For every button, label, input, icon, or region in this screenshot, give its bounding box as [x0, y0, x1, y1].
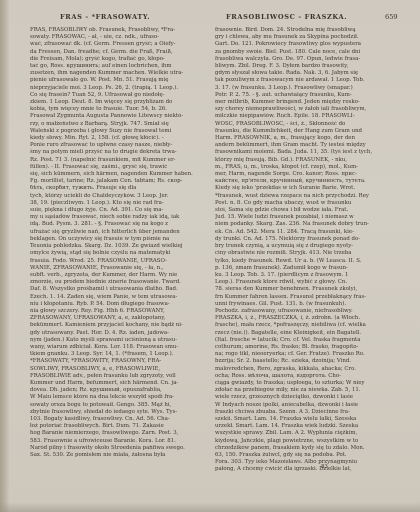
text-line: WOSC, FRASOBLIWOSC, - ści, ż., Skłonność… [215, 121, 387, 128]
text-line: Post. n. 8. Co gdy macha ubaczy, wust w … [215, 200, 387, 207]
text-line: Potr. P. 2. 75. - §. aut. uchawiaiący fr… [215, 92, 387, 99]
text-line: milczkie niepipawiów. Ruch. Epile. 18. F… [215, 113, 387, 120]
text-line: frasunku, die Kummlichkeit, der Hang zum… [215, 128, 387, 135]
text-line: pienie ufrasowało go. W. Post. Mn. 51. F… [30, 77, 202, 84]
text-line: gdym słyszał słowa takie. Rada. Nak. 3, … [215, 70, 387, 77]
text-line: 103. Bogaty kasidliwy, frasowliwy. Cn. A… [30, 416, 202, 423]
text-line: p. 136, zmam frasunek). Zadumił kogo w f… [215, 265, 387, 272]
text-line: (Ital. fresche = latucik; Cro. cf. Vel. … [215, 337, 387, 344]
text-line: tkiem gnanku. 3 Leop. Syr. 14, 1. (*fras… [30, 351, 202, 358]
text-line: bzzrija; Sr. 2. baastello; Rc. szieka, d… [215, 358, 387, 365]
text-line: szekii. Smart. Lam. 14. Fraszka wielu la… [215, 416, 387, 423]
text-line: ciąga gwiazdy, to fraszka; uspłoega, to … [215, 380, 387, 387]
text-line: hog Baranie niemierzego, frasowliwego. Z… [30, 430, 202, 437]
text-line: mer, Harm, nagende Sorge. Cro. kanor; Ro… [215, 171, 387, 178]
text-line: sowaty orsza bogu to potowaił. Gengo. 38… [30, 402, 202, 409]
text-line: 63, 150. Fraszka żulwcl, gdy się na podo… [215, 452, 387, 459]
text-line: na; rogo tikl, nieoeryerka; cf. Ger. Fra… [215, 351, 387, 358]
text-line: ocha; Ross. мѣлоча, шалота, вздоргота. C… [215, 373, 387, 380]
text-line: 78. sieras den Kummer benehmen. Frasunek… [215, 286, 387, 293]
text-line: 3. 17. (w frasunku. 3 Leop.). Frasowliwy… [215, 85, 387, 92]
text-line: *frasunek, wust dziewa rzepace na nich p… [215, 193, 387, 200]
text-line: Fg. morillist, tarine; Rz. jalakam Cen. … [30, 178, 202, 185]
text-line: ku. 3 Leop. Tob. 3. 17. (pierdlicym z fr… [215, 272, 387, 279]
text-line: Fora. 303. Tyy ieko Mazoisławs. Albo prz… [215, 459, 387, 466]
text-line: ufrażać się gryzliwie nań, ich hitterlic… [30, 229, 202, 236]
printer-signature: 83 [321, 464, 328, 470]
text-line: frasobliwa walczyła. Gro. De. 97. Opun, … [215, 56, 387, 63]
text-line: Ponie ruro zfrasować to upłwne czasy nas… [30, 142, 202, 149]
text-line: nieprzyjaciele moi. 3 Leop. Ps. 26, 2. (… [30, 85, 202, 92]
text-line: zkiem. 1 Leop. Deut. 8. Im więcey się pr… [30, 99, 202, 106]
text-line: gry i chlewa, aby mu frasunek za Skypina… [215, 34, 387, 41]
text-line: da Fressen, Dan. freadhe; cf. Germ. die … [30, 49, 202, 56]
text-line: *FRASOWATY, *FRASOWITY, FRASOWNY, FRA- [30, 358, 202, 365]
text-line: andern bekümmert, ihm Gram macht. Ty ies… [215, 142, 387, 149]
page-number: 659 [385, 13, 398, 21]
text-line: füllen). - II. Frasować się, zaśmi., gry… [30, 164, 202, 171]
page-edge-shadow [0, 502, 420, 512]
text-line: malovredchen, Rero, zgraska, kikkala, ah… [215, 366, 387, 373]
text-line: frasuia. Fodo. Wrod. 25. FRASOWANIE, UFR… [30, 258, 202, 265]
text-line: niem podanky. Skarg. Zas. 236. Na frasun… [215, 221, 387, 228]
text-line: Rz. Post. 71 3. (napełnić frasunkiem, mi… [30, 157, 202, 164]
text-line: Daf. 8. Wszystko prośbamil i utrasowania… [30, 286, 202, 293]
text-line: FRASOBLIWIE adv., pełen frasunku lub zgr… [30, 373, 202, 380]
text-line: tylko, kiedy frasunek. Rewd. Ur a. b. (W… [215, 258, 387, 265]
text-line: бѣть, скорбит, тужить. Frasuje się dla [30, 185, 202, 192]
text-line: W Maiu lemsce które na dna lekcie wszyłd… [30, 394, 202, 401]
text-line: frasownie. Bird. Dom. 24. Strodelna mię … [215, 27, 387, 34]
text-line: m., FRAS, u, m., troska, kłopot (cf. rze… [215, 164, 387, 171]
text-line: się, sich kümmern, sich härmen, nagenden… [30, 171, 202, 178]
scanned-page: FRAS - *FRASOWATY. FRASOBLIWOSC - FRASZK… [0, 0, 420, 512]
running-head-right: FRASOBLIWOSC - FRASZKA. [226, 13, 347, 21]
text-line: mer mitbrib, Kummer bringend. Jeden międ… [215, 99, 387, 106]
text-line: tać go, Ross. крушинить; auf einen locbr… [30, 63, 202, 70]
binding-gutter [0, 0, 9, 512]
text-line: cothurum; amorine, Rs. frasko; Bl. frask… [215, 344, 387, 351]
text-line: W Indyach nosze ipolki, aniecabelka, dzw… [215, 402, 387, 409]
text-line: suie, piękna i długo żyje. Cn. Ad. 391. … [30, 207, 202, 214]
text-line: WANIE, ZFRASOWANIE, Frasowanie się, - ła… [30, 265, 202, 272]
text-line: Co się frasein? Tuan 52, 9. Ufrasował go… [30, 92, 202, 99]
text-line: bliwym. Zbil. Dreg. F. 3. Dyłem bardzo f… [215, 63, 387, 70]
text-line: 583. Frasownie a ufrowiceuse Baranie. Ko… [30, 438, 202, 445]
text-line: кайстне, пр'ятели, кручинный, кручинност… [215, 178, 387, 185]
text-line: Ezech. 1. 14. Żaden się, wiem Panie, w t… [30, 294, 202, 301]
text-line: Gart. Do. 121. Pokrowiecy frasowliwy glo… [215, 41, 387, 48]
running-head-left: FRAS - *FRASOWATY. [60, 13, 150, 21]
text-line: ZFRASOWANY, UFRASOWANY, a, e, zakłopotan… [30, 315, 202, 322]
text-line: nia głowy szczery. Rey. Fig. Hhh 6. FRAS… [30, 308, 202, 315]
text-line: Leop.). Frasunek ktore rdwił, wybić z gł… [215, 279, 387, 286]
text-line: dy trunki. Cn. Ad. 175. Niektórzy frasun… [215, 236, 387, 243]
text-line: kobia, tym więcey mnie to frasuie. Tuor.… [30, 106, 202, 113]
text-line: śmy na potym mieli przyść na to drugie d… [30, 149, 202, 156]
text-line: kiydową, Jańczkie, plagi powietrzne, wsz… [215, 438, 387, 445]
text-line: Waleński z pogrzeba i głowy Suzy nie fra… [30, 128, 202, 135]
text-line: gdy utrasowany. Past. Hor. D. 4. Rz. iad… [30, 330, 202, 337]
text-line: którzy mię frasują. Bib. Gd.). FRASUNEK,… [215, 157, 387, 164]
text-line: dovea. Dh. jaden; Rz. крушиный, opuszafr… [30, 387, 202, 394]
text-line: SOWLIWY, FRASOBLIWY, a, e, FRASOWLIWIE, [30, 366, 202, 373]
text-line: beklagen. On uczywicy się frasuie w tym … [30, 236, 202, 243]
text-line: ciny obrastwie nie rozmiłi. Stryjk. 413.… [215, 250, 387, 257]
text-line: bekümmert. Kamieniem przyjaciel kochany,… [30, 322, 202, 329]
text-line: zbytnie frasowliwy, shiedał do iedaego s… [30, 409, 202, 416]
text-line: zmorzie, ou prodem biednie zinerie fraso… [30, 279, 202, 286]
text-line: pałong, A chcemy ćwicić dla igrzaski. Dz… [215, 466, 387, 473]
text-line: rzecz (nie.)). Bagatelle, eine Kleinigke… [215, 330, 387, 337]
text-line: Kiedy się ieko 'przekdas w ich Suranie B… [215, 185, 387, 192]
text-line: tych, którzy uciekli do Chaldeyczyków. 3… [30, 193, 202, 200]
text-line: fraszki chciwa zbuaba. Szenn. A 3. Dziec… [215, 409, 387, 416]
text-line: omylce żywią, stąd się bolnie czyślu na … [30, 250, 202, 257]
left-column: FRAS, FRASOBLIWY ob. Frasunek, Frasobliw… [30, 27, 202, 459]
text-line: Kummer und Harm, befummert, sich härmend… [30, 380, 202, 387]
text-line: bry trunek czynią, a ucymuią się z drugi… [215, 243, 387, 250]
text-line: rzy, o małżeństwo z Barbarą. Stryjk. 747… [30, 121, 202, 128]
text-line: nym (jaden.) Kato myśli sprawami uciśnio… [30, 337, 202, 344]
text-line: urzekł. Smart. Lam. 14. Fraszka wiek lud… [215, 423, 387, 430]
text-line: unni frywinaes. Gil. Pust. 131. b. (w fr… [215, 301, 387, 308]
text-line: łoż potoriać frasobliwych. Birt. Dum. 71… [30, 423, 202, 430]
text-line: ek. Cn. Ad. 542. Mera 11. 284. Tracą fra… [215, 229, 387, 236]
text-line: FRAS, FRASOBLIWY ob. Frasunek, Frasobliw… [30, 27, 202, 34]
text-line: FRASZKA, i, ż., FRASZECZKA, i, ż. zdrobn… [215, 315, 387, 322]
text-line: wany, wiarum zdbiciał. Kora. Lor. 118. F… [30, 344, 202, 351]
text-line: Frasował Zygmunta Augusta Pannowie Litew… [30, 113, 202, 120]
text-line: wiele rzecz, grzesznych dzieciątko, dzwo… [215, 394, 387, 401]
text-line: my u sąsiadów frasować, niech sobie radz… [30, 214, 202, 221]
text-line: sowaty. FRASOWAC, - ał, - uie, cz. ndk.,… [30, 34, 202, 41]
text-line: tak pozuliwym z frasowacym nie ardawał. … [215, 77, 387, 84]
text-line: zusetzen, ihm nagenden Kummer machen. Wi… [30, 70, 202, 77]
text-line: frasownikami moiemi. Bada. Juda. 11, 35.… [215, 149, 387, 156]
text-line: stoi, Sama się gdzie chowa i bił wodze i… [215, 207, 387, 214]
text-line: frasche), mała rzecz, *pofraszęczy, nieb… [215, 322, 387, 329]
text-line: chrzedzików panem, frasakiem kydy się tu… [215, 445, 387, 452]
text-line: Sax. St. 530. Ze pomisłem nie miała, żał… [30, 452, 202, 459]
text-line: szy chorey niemoprawliwości, w żałob ial… [215, 106, 387, 113]
text-line: kiedy słowy. Min. Ryt. 2, 158. (cf. głow… [30, 135, 202, 142]
text-line: Harm. FRASOWNIK, a, m., frasujący kogo, … [215, 135, 387, 142]
text-line: wać, zfrasować dk. (cf. Germ. Fressen gr… [30, 41, 202, 48]
text-line: zdołać na przebiegów miły, nie za niewka… [215, 387, 387, 394]
text-line: idą. Bud. Pysm. 3. 281. - §. Frasować si… [30, 221, 202, 228]
text-line: Pochodz. zafrasowany, ufrasowanie, niefr… [215, 308, 387, 315]
text-line: 38, 19. (pieczliwym. 1 Leop.). Kto się n… [30, 200, 202, 207]
text-line: wszystkie sprawy. Zbil. Lam. A 2. Wypłun… [215, 430, 387, 437]
text-line: niu i kłopotaniu. Ryb. P. 54. Dom długie… [30, 301, 202, 308]
text-line: Naród pilny i frasowity około Stroedenia… [30, 445, 202, 452]
right-column: frasownie. Bird. Dom. 24. Strodelna mię … [215, 27, 387, 474]
text-line: Jud. 15. Wiele ludzi frasunek pozabiał, … [215, 214, 387, 221]
text-line: frn Kummer fahren lassen. Frasunsl przeb… [215, 294, 387, 301]
text-line: Teuonia pobledzka. Skarg. Dz. 1039. Ze g… [30, 243, 202, 250]
text-line: za gnomby swoie. Biel. Pust. 180. Cale n… [215, 49, 387, 56]
text-line: die Freisam, Mola); gryść kogo, trafiać … [30, 56, 202, 63]
text-line: subft. verb., zgryzota, der Kummer, der … [30, 272, 202, 279]
